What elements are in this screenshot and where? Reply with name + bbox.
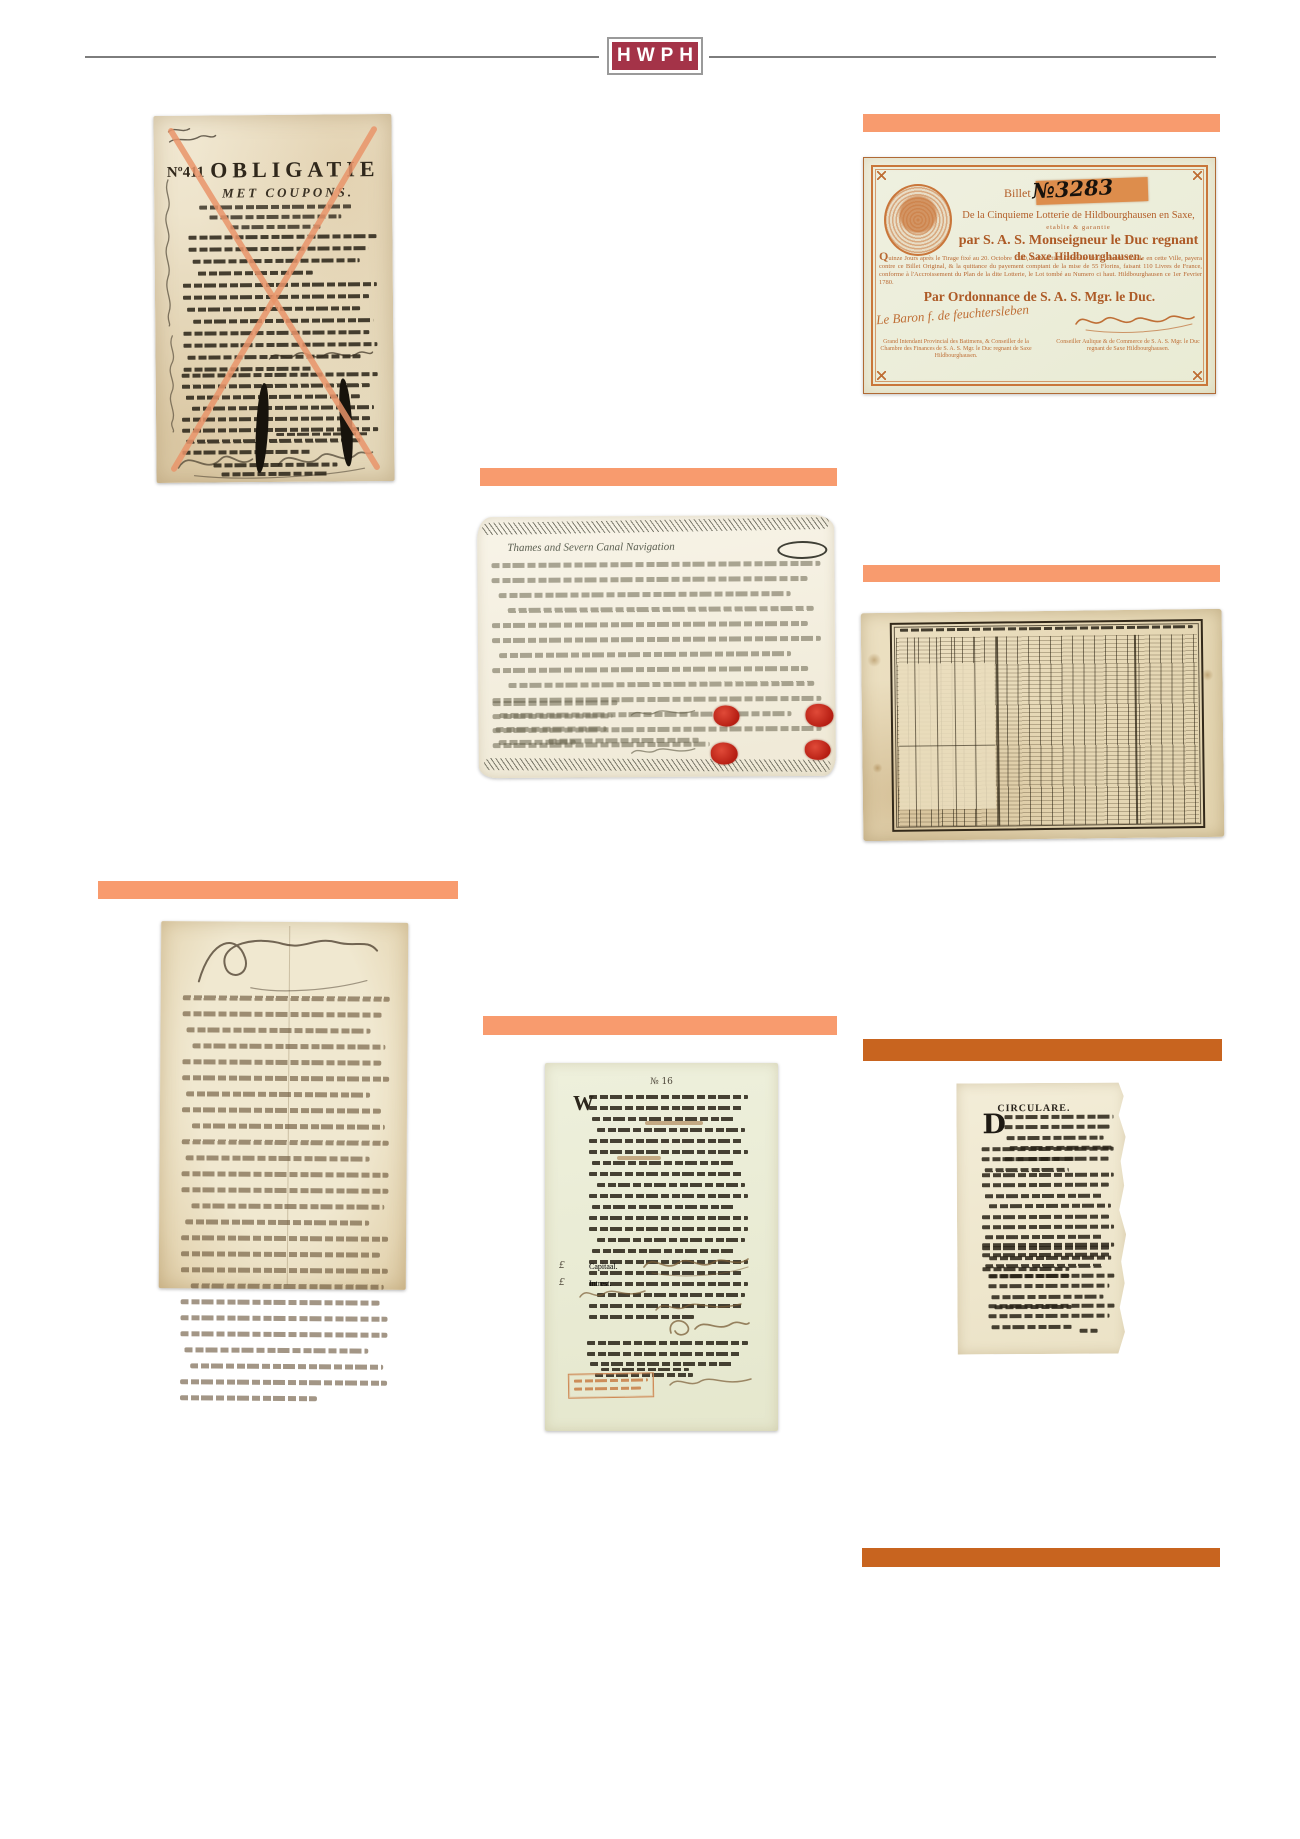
document-canal-transfer: Thames and Severn Canal Navigation (477, 515, 836, 778)
lot-divider-bar-3 (863, 565, 1220, 582)
ticket-line-1: De la Cinquieme Lotterie de Hildbourghau… (952, 210, 1205, 221)
calligraphic-flourish (191, 929, 381, 992)
obligatie-subtitle: MET COUPONS. (194, 184, 382, 202)
circulare-answer-paragraph (988, 1304, 1114, 1329)
lot-divider-bar-6 (863, 1039, 1222, 1061)
caption-right: Conseiller Aulique & de Commerce de S. A… (1054, 339, 1202, 353)
red-wax-seal-1 (713, 705, 739, 726)
signature-scribble (629, 744, 699, 758)
header-rule-right (709, 56, 1216, 58)
red-wax-seal-2 (805, 704, 833, 727)
red-wax-seal-3 (711, 742, 738, 764)
handwritten-entry (645, 1121, 703, 1125)
signature-right (1072, 308, 1198, 334)
circulare-title: CIRCULARE. (956, 1103, 1111, 1115)
frame-corner-ornament (877, 371, 886, 380)
actum-line (601, 1368, 689, 1371)
obligatie-caps-lines (178, 204, 372, 230)
fox-spot (1201, 669, 1213, 681)
catalog-page: HWPH Nº411 OBLIGATIE MET COUPONS. (0, 0, 1300, 1839)
pound-sign: £ (559, 1259, 565, 1271)
fox-spot (872, 763, 882, 773)
hwph-logo-text: HWPH (612, 42, 698, 70)
fox-spot (867, 653, 881, 667)
signature-1 (640, 1251, 752, 1277)
document-schouwen-bond: № 16 W £ Capitaal. £ Intrest. (545, 1063, 778, 1431)
ticket-line-3: par S. A. S. Monseigneur le Duc regnant (952, 233, 1205, 249)
orange-control-stamp (568, 1372, 654, 1398)
obligatie-paragraph-1 (188, 234, 376, 276)
frame-corner-ornament (1193, 371, 1202, 380)
margin-script-vertical (161, 178, 176, 328)
manuscript-script-lines (180, 995, 390, 1401)
signature-scribble (628, 706, 698, 720)
engraved-border-top (482, 517, 829, 535)
oval-stamp (777, 541, 827, 559)
lot-divider-bar-5 (483, 1016, 837, 1035)
document-manuscript (159, 921, 409, 1290)
catchword (1080, 1329, 1098, 1333)
red-wax-seal-4 (805, 740, 831, 760)
bond-bottom-paragraph (587, 1341, 748, 1377)
handwritten-entry (617, 1156, 661, 1160)
pound-sign: £ (559, 1276, 565, 1288)
stamp-text-line (574, 1378, 648, 1382)
signature-bottom (667, 1373, 753, 1391)
signature-3 (653, 1297, 745, 1317)
margin-script-vertical-2 (165, 334, 180, 434)
obligatie-footer-lines (196, 462, 354, 476)
header-rule-left (85, 56, 599, 58)
lot-divider-bar-2 (480, 468, 837, 486)
table-blank-area (898, 663, 996, 810)
ticket-line-2: etablie & garantie (952, 224, 1205, 231)
engraved-border-bottom (484, 758, 831, 772)
stamp-text-line (574, 1386, 641, 1390)
document-lottery-ticket: Billet №3283 De la Cinquieme Lotterie de… (863, 157, 1216, 394)
document-lottery-plan-table (861, 609, 1225, 841)
frame-corner-ornament (877, 171, 886, 180)
lot-divider-bar-1 (863, 114, 1220, 132)
ducal-coat-of-arms-seal (884, 184, 952, 256)
canal-bottom-line (549, 738, 699, 744)
bond-number: № 16 (545, 1077, 778, 1087)
capitaal-label: Capitaal. (589, 1262, 618, 1271)
frame-corner-ornament (1193, 171, 1202, 180)
billet-label: Billet (1004, 186, 1031, 201)
group-separator (996, 637, 1000, 826)
signature-2 (577, 1283, 649, 1305)
dropcap-D: D (982, 1112, 1006, 1138)
circulare-paragraph-1b (982, 1147, 1114, 1172)
caption-left: Grand Intendant Provincial des Batimens,… (880, 339, 1032, 360)
lot-divider-bar-4 (98, 881, 458, 899)
table-grid (896, 634, 1199, 827)
group-separator (1134, 635, 1138, 824)
obligatie-title: OBLIGATIE (202, 156, 388, 184)
table-outer-border (890, 619, 1206, 832)
ticket-body-text: Quinze Jours après le Tirage fixé au 20.… (879, 252, 1202, 290)
document-circulare: CIRCULARE. D (956, 1083, 1126, 1355)
document-obligatie: Nº411 OBLIGATIE MET COUPONS. (153, 114, 394, 483)
canal-heading: Thames and Severn Canal Navigation (507, 540, 767, 554)
hwph-logo: HWPH (607, 37, 703, 75)
lot-divider-bar-7 (862, 1548, 1220, 1567)
signature-4-paraph (665, 1315, 751, 1341)
signature-scribble (265, 344, 375, 367)
